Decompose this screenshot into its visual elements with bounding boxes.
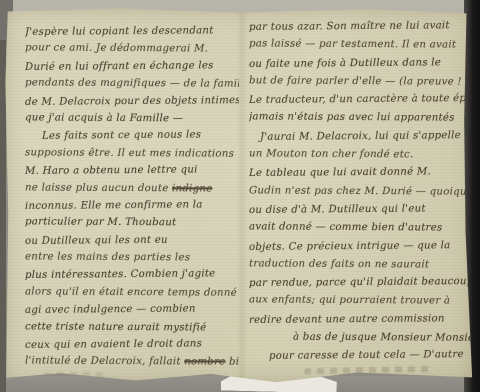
- handwritten-line: aux enfants; qui pourraient trouver à: [249, 292, 471, 312]
- handwritten-line: Durié en lui offrant en échange les: [25, 57, 239, 76]
- letter-paper: J'espère lui copiant les descendant pour…: [4, 7, 474, 383]
- handwritten-line: ou Dutilleux qui les ont eu: [25, 231, 239, 250]
- handwritten-line: supposions être. Il eut mes indications: [25, 144, 239, 163]
- handwritten-line: de M. Delacroix pour des objets intimes: [25, 92, 239, 111]
- line-text: ne laisse plus aucun doute: [25, 182, 172, 194]
- handwritten-line: cette triste nature aurait mystifié: [25, 318, 239, 337]
- handwritten-line: ceux qui en avaient le droit dans: [25, 335, 239, 354]
- handwritten-line: Gudin n'est pas chez M. Durié — quoique: [249, 182, 471, 202]
- handwritten-line: redire devant une autre commission: [249, 310, 471, 330]
- handwritten-line: un Mouton ton cher fondé etc.: [249, 145, 471, 165]
- handwritten-line: particulier par M. Thoubaut: [25, 214, 239, 233]
- scanned-letter-image: J'espère lui copiant les descendant pour…: [0, 0, 480, 392]
- handwritten-line: par rendue, parce qu'il plaidait beaucou…: [249, 273, 471, 293]
- handwritten-line: traduction des faits on ne saurait: [249, 255, 471, 275]
- handwritten-line: objets. Ce précieux intrigue — que la: [249, 237, 471, 257]
- handwritten-line: pendants des magnifiques — de la famille: [25, 75, 239, 94]
- handwritten-line: Le traducteur, d'un caractère à toute ép…: [249, 90, 471, 110]
- handwritten-line: agi avec indulgence — combien: [25, 300, 239, 319]
- struck-word: nombre: [184, 357, 225, 368]
- handwritten-line: but de faire parler d'elle — (la preuve …: [249, 72, 471, 92]
- handwritten-line: ou faite une fois à Dutilleux dans le: [249, 54, 471, 74]
- handwritten-line: pour caresse de tout cela — D'autre: [249, 346, 471, 366]
- handwritten-line: pour ce ami. Je dédommagerai M.: [25, 40, 239, 59]
- ink-bleedthrough-smudge: [304, 366, 434, 374]
- letter-right-column: par tous azar. Son maître ne lui avait p…: [249, 18, 471, 366]
- handwritten-line: Le tableau que lui avait donné M.: [249, 163, 471, 183]
- handwritten-line: jamais n'étais pas avec lui apparentés: [249, 109, 471, 129]
- scanner-edge-left: [0, 40, 6, 392]
- struck-word: indigne: [172, 183, 213, 194]
- handwritten-line: entre les mains des parties les: [25, 248, 239, 267]
- handwritten-line: J'espère lui copiant les descendant: [25, 22, 239, 41]
- handwritten-line: plus intéressantes. Combien j'agite: [25, 266, 239, 285]
- letter-left-column: J'espère lui copiant les descendant pour…: [25, 23, 239, 371]
- handwritten-line: J'aurai M. Delacroix, lui qui s'appelle: [249, 127, 471, 147]
- line-text: l'intitulé de Delacroix, fallait: [25, 356, 184, 368]
- handwritten-line: à bas de jusque Monsieur Monsieur: [249, 328, 471, 348]
- handwritten-line: avait donné — comme bien d'autres: [249, 219, 471, 239]
- handwritten-line: Les faits sont ce que nous les: [25, 126, 239, 145]
- handwritten-line-with-strikethrough: l'intitulé de Delacroix, fallait nombre …: [25, 353, 239, 372]
- handwritten-line: que j'ai acquis à la Famille —: [25, 109, 239, 128]
- handwritten-line-with-strikethrough: ne laisse plus aucun doute indigne: [25, 179, 239, 198]
- handwritten-line: pas laissé — par testament. Il en avait: [249, 36, 471, 56]
- handwritten-line: alors qu'il en était encore temps donné: [25, 283, 239, 302]
- handwritten-line: M. Haro a obtenu une lettre qui: [25, 161, 239, 180]
- handwritten-line: par tous azar. Son maître ne lui avait: [249, 17, 471, 37]
- line-text: bien: [225, 357, 239, 368]
- handwritten-line: ou dise d'à M. Dutilleux qui l'eut: [249, 200, 471, 220]
- handwritten-line: inconnus. Elle me confirme en la: [25, 196, 239, 215]
